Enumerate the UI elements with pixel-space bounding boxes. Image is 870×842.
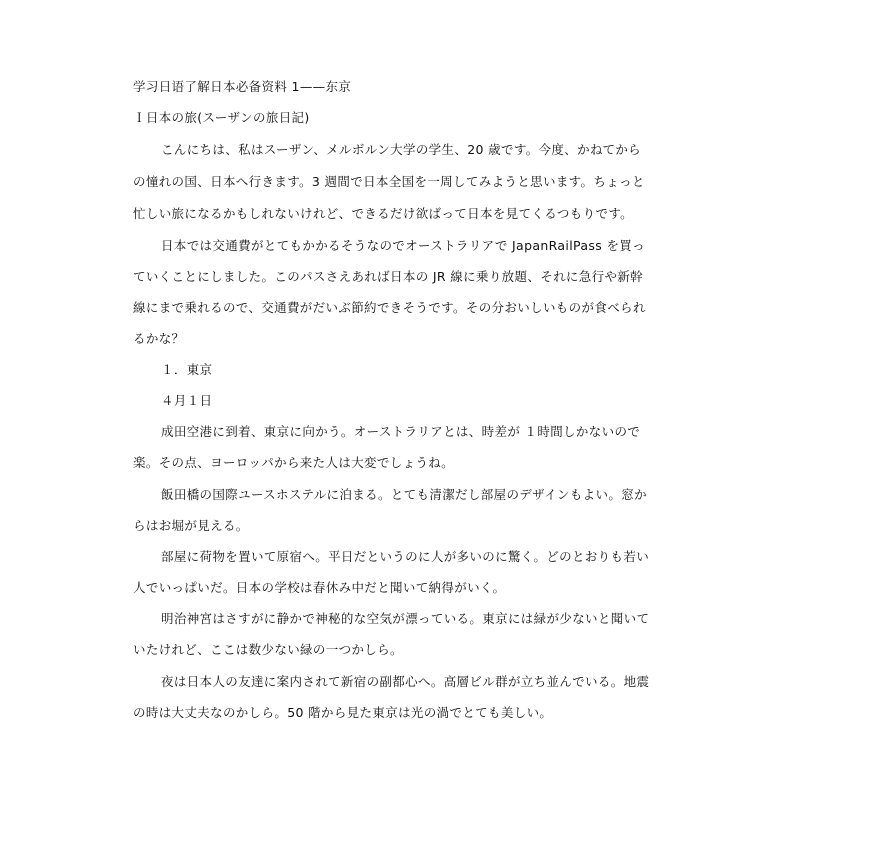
date-heading: ４月１日 xyxy=(161,393,781,409)
section-heading: Ｉ日本の旅(スーザンの旅日記) xyxy=(133,110,753,126)
paragraph-line: 線にまで乗れるので、交通費がだいぶ節約できそうです。その分おいしいものが食べられ xyxy=(133,300,753,316)
section-number: １．東京 xyxy=(161,362,781,378)
paragraph-line: いたけれど、ここは数少ない緑の一つかしら。 xyxy=(133,642,753,658)
paragraph-line: こんにちは、私はスーザン、メルボルン大学の学生、20 歳です。今度、かねてから xyxy=(161,142,781,158)
paragraph-line: るかな？ xyxy=(133,331,753,347)
paragraph-line: 忙しい旅になるかもしれないけれど、できるだけ欲ばって日本を見てくるつもりです。 xyxy=(133,206,753,222)
paragraph-line: らはお堀が見える。 xyxy=(133,518,753,534)
paragraph-line: 部屋に荷物を置いて原宿へ。平日だというのに人が多いのに驚く。どのとおりも若い xyxy=(161,549,781,565)
paragraph-line: 成田空港に到着、東京に向かう。オーストラリアとは、時差が １時間しかないので xyxy=(161,424,781,440)
paragraph-line: の時は大丈夫なのかしら。50 階から見た東京は光の渦でとても美しい。 xyxy=(133,705,753,721)
document-page: 学习日语了解日本必备资料 1——东京 Ｉ日本の旅(スーザンの旅日記) こんにちは… xyxy=(0,0,870,842)
paragraph-line: 明治神宮はさすがに静かで神秘的な空気が漂っている。東京には緑が少ないと聞いて xyxy=(161,611,781,627)
paragraph-line: ていくことにしました。このパスさえあれば日本の JR 線に乗り放題、それに急行や… xyxy=(133,269,753,285)
document-title: 学习日语了解日本必备资料 1——东京 xyxy=(133,79,753,95)
paragraph-line: 日本では交通費がとてもかかるそうなのでオーストラリアで JapanRailPas… xyxy=(161,238,781,254)
paragraph-line: 飯田橋の国際ユースホステルに泊まる。とても清潔だし部屋のデザインもよい。窓か xyxy=(161,487,781,503)
paragraph-line: 楽。その点、ヨーロッパから来た人は大変でしょうね。 xyxy=(133,455,753,471)
paragraph-line: 人でいっぱいだ。日本の学校は春休み中だと聞いて納得がいく。 xyxy=(133,580,753,596)
paragraph-line: の憧れの国、日本へ行きます。3 週間で日本全国を一周してみようと思います。ちょっ… xyxy=(133,174,753,190)
paragraph-line: 夜は日本人の友達に案内されて新宿の副都心へ。高層ビル群が立ち並んでいる。地震 xyxy=(161,674,781,690)
